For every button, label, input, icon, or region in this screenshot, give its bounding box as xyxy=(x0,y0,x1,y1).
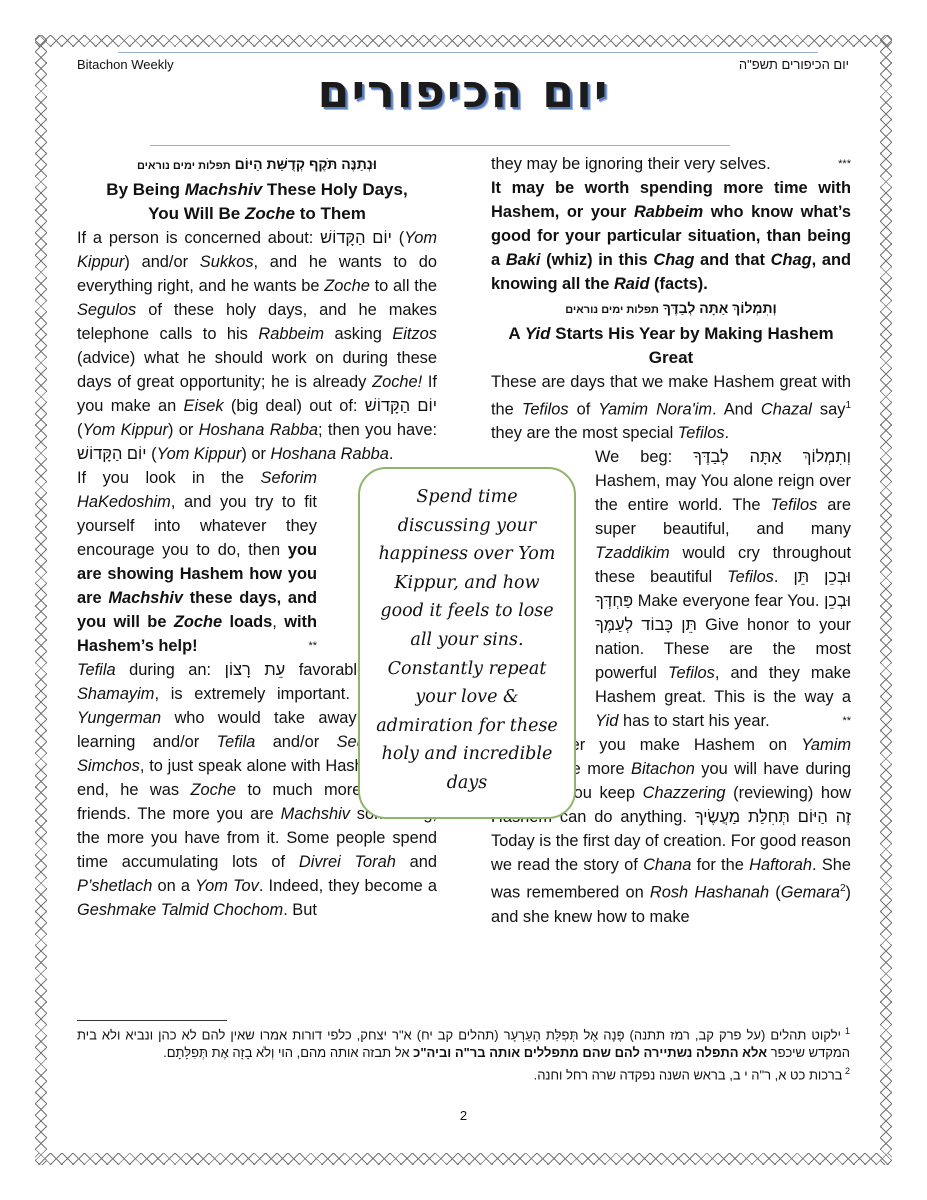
section-separator-stars: *** xyxy=(838,152,851,176)
text-run: and xyxy=(396,853,437,871)
text-run: they are the most special xyxy=(491,424,678,442)
hebrew-phrase: זֶה הַיּוֹם תְּחִלַּת מַעֲשֶׂיךָ xyxy=(695,808,851,826)
text-run: to all the xyxy=(370,277,437,295)
section-separator-stars: ** xyxy=(842,709,851,733)
text-run: Yom Kippur xyxy=(82,421,168,439)
section2-hebrew-heading: וְתִמְלוֹךְ אַתָּה לְבַדֶּךָ תפלות ימים … xyxy=(491,296,851,322)
text-run: Tefilos xyxy=(522,400,569,418)
section2-hebrew-subtitle: תפלות ימים נוראים xyxy=(565,304,659,316)
text-run: If you look in the xyxy=(77,469,261,487)
text-run: Chag xyxy=(653,251,694,269)
text-run: Chag xyxy=(771,251,812,269)
section1-heading: By Being Machshiv These Holy Days, You W… xyxy=(77,178,437,226)
section2-hebrew-title: וְתִמְלוֹךְ אַתָּה לְבַדֶּךָ xyxy=(663,300,777,316)
text-run: Hoshana Rabba xyxy=(199,421,318,439)
text-run: If a person is concerned about: xyxy=(77,229,320,247)
text-run: . xyxy=(774,568,794,586)
right-paragraph-0: they may be ignoring their very selves. … xyxy=(491,152,851,176)
text-run: Baki xyxy=(506,251,541,269)
heading-text: Starts His Year by Making Hashem Great xyxy=(551,324,834,367)
pull-quote-text: Spend time discussing your happiness ove… xyxy=(376,487,558,793)
text-run: Tefila xyxy=(77,661,116,679)
text-run: Tzaddikim xyxy=(595,544,670,562)
text-run: Rabbeim xyxy=(634,203,703,221)
text-run: Chazzering xyxy=(643,784,726,802)
heading-text: You Will Be xyxy=(148,204,245,223)
text-run: Machshiv xyxy=(108,589,183,607)
text-run: and that xyxy=(694,251,770,269)
text-run: loads xyxy=(222,613,272,631)
text-run: ; then you have: xyxy=(318,421,437,439)
hebrew-phrase: עֵת רָצוֹן xyxy=(225,661,286,679)
footnotes: 1 ילקוט תהלים (על פרק קב, רמז תתנה) פָּנ… xyxy=(77,1022,850,1085)
text-run: We beg: xyxy=(595,448,693,466)
text-run: for the xyxy=(691,856,749,874)
section1-hebrew-title: וּנְתַנֶּה תֹּקֶף קְדֻשַּׁת הַיּוֹם xyxy=(235,156,377,172)
text-run: Gemara xyxy=(781,884,840,902)
left-paragraph-1: If a person is concerned about: יוֹם הַק… xyxy=(77,226,437,466)
decorative-border-bottom xyxy=(35,1153,892,1165)
text-run: . Indeed, they become a xyxy=(259,877,437,895)
text-run: on a xyxy=(152,877,195,895)
heading-text: By Being xyxy=(106,180,184,199)
text-run: Zoche xyxy=(174,613,222,631)
hebrew-phrase: וְתִמְלוֹךְ אַתָּה לְבַדֶּךָ xyxy=(693,448,851,466)
text-run: Tefilos xyxy=(678,424,725,442)
text-run: . xyxy=(389,445,394,463)
text-run: ) or xyxy=(168,421,199,439)
hebrew-phrase: יוֹם הַקָּדוֹשׁ xyxy=(365,397,437,415)
text-run: and/or xyxy=(255,733,336,751)
text-run: Yom Tov xyxy=(195,877,259,895)
heading-text: A xyxy=(508,324,524,343)
text-run: Sukkos xyxy=(200,253,254,271)
text-run: ) or xyxy=(241,445,270,463)
right-paragraph-2: These are days that we make Hashem great… xyxy=(491,370,851,445)
text-run: . But xyxy=(283,901,317,919)
text-run: Bitachon xyxy=(631,760,695,778)
heading-italic: Zoche xyxy=(245,204,295,223)
text-run: Segulos xyxy=(77,301,136,319)
text-run: Yamim Nora'im xyxy=(598,400,712,418)
text-run: ( xyxy=(392,229,404,247)
text-run: Chana xyxy=(643,856,691,874)
heading-text: These Holy Days, xyxy=(262,180,408,199)
decorative-border-top xyxy=(35,35,892,47)
hebrew-phrase: יוֹם הַקָּדוֹשׁ xyxy=(77,445,147,463)
text-run: ברכות כט א, ר"ה י ב, בראש השנה נפקדה שרה… xyxy=(534,1068,843,1083)
section2-heading: A Yid Starts His Year by Making Hashem G… xyxy=(491,322,851,370)
page-number: 2 xyxy=(0,1108,927,1123)
text-run: say xyxy=(812,400,846,418)
heading-italic: Yid xyxy=(525,324,551,343)
text-run: Zoche! xyxy=(372,373,422,391)
heading-text: to Them xyxy=(295,204,366,223)
text-run: Tefilos xyxy=(771,496,818,514)
text-run: Eisek xyxy=(184,397,224,415)
text-run: Tefilos xyxy=(727,568,774,586)
text-run: . xyxy=(725,424,730,442)
hebrew-phrase: יוֹם הַקָּדוֹשׁ xyxy=(320,229,392,247)
text-run: Eitzos xyxy=(392,325,437,343)
text-run: Yid xyxy=(595,712,618,730)
text-run: אל תבזה אותה מהם, הוי וְלֹא בָזָה אֶת תְ… xyxy=(163,1045,413,1060)
section1-hebrew-subtitle: תפלות ימים נוראים xyxy=(137,160,231,172)
text-run: ) and/or xyxy=(124,253,199,271)
text-run: Simchos xyxy=(77,757,140,775)
decorative-border-left xyxy=(35,35,47,1165)
text-run: Tefila xyxy=(217,733,256,751)
pull-quote-box: Spend time discussing your happiness ove… xyxy=(358,467,576,819)
text-run: ( xyxy=(147,445,157,463)
text-run: P’shetlach xyxy=(77,877,152,895)
text-run: Rabbeim xyxy=(258,325,324,343)
text-run: has to start his year. xyxy=(618,712,769,730)
text-run: Zoche xyxy=(190,781,236,799)
text-run: Zoche xyxy=(324,277,370,295)
footnote-2: 2 ברכות כט א, ר"ה י ב, בראש השנה נפקדה ש… xyxy=(77,1062,850,1084)
continued-text: they may be ignoring their very selves. xyxy=(491,155,771,173)
text-run: ( xyxy=(769,884,781,902)
text-run: Machshiv xyxy=(281,805,350,823)
heading-italic: Machshiv xyxy=(185,180,262,199)
text-run: Chazal xyxy=(761,400,812,418)
text-run: אלא התפלה נשתיירה להם שהם מתפללים אותה ב… xyxy=(413,1045,767,1060)
footnote-number: 2 xyxy=(842,1066,850,1076)
text-run: Shamayim xyxy=(77,685,154,703)
text-run: Make everyone fear You. xyxy=(633,592,824,610)
text-run: Yungerman xyxy=(77,709,161,727)
page-title: יום הכיפורים xyxy=(0,64,927,118)
text-run: Tefilos xyxy=(668,664,715,682)
text-run: during an: xyxy=(116,661,225,679)
text-run: , xyxy=(272,613,284,631)
text-run: (facts). xyxy=(649,275,707,293)
header-rule-bottom xyxy=(150,145,730,146)
text-run: asking xyxy=(324,325,392,343)
footnote-1: 1 ילקוט תהלים (על פרק קב, רמז תתנה) פָּנ… xyxy=(77,1022,850,1062)
text-run: Divrei Torah xyxy=(299,853,396,871)
text-run: (big deal) out of: xyxy=(224,397,365,415)
decorative-border-right xyxy=(880,35,892,1165)
footnote-separator xyxy=(77,1020,227,1021)
header-rule-top xyxy=(118,52,818,53)
section-separator-stars: ** xyxy=(308,634,317,658)
text-run: Yom Kippur xyxy=(157,445,242,463)
section1-hebrew-heading: וּנְתַנֶּה תֹּקֶף קְדֻשַּׁת הַיּוֹם תפלו… xyxy=(77,152,437,178)
right-paragraph-1: It may be worth spending more time with … xyxy=(491,176,851,296)
text-run: Rosh Hashanah xyxy=(650,884,769,902)
text-run: (whiz) in this xyxy=(540,251,653,269)
text-run: Raid xyxy=(614,275,650,293)
text-run: 1 xyxy=(845,400,851,411)
text-run: of xyxy=(569,400,599,418)
text-run: Hoshana Rabba xyxy=(270,445,388,463)
text-run: Haftorah xyxy=(749,856,812,874)
text-run: . And xyxy=(712,400,761,418)
footnote-number: 1 xyxy=(841,1026,850,1036)
text-run: Geshmake Talmid Chochom xyxy=(77,901,283,919)
